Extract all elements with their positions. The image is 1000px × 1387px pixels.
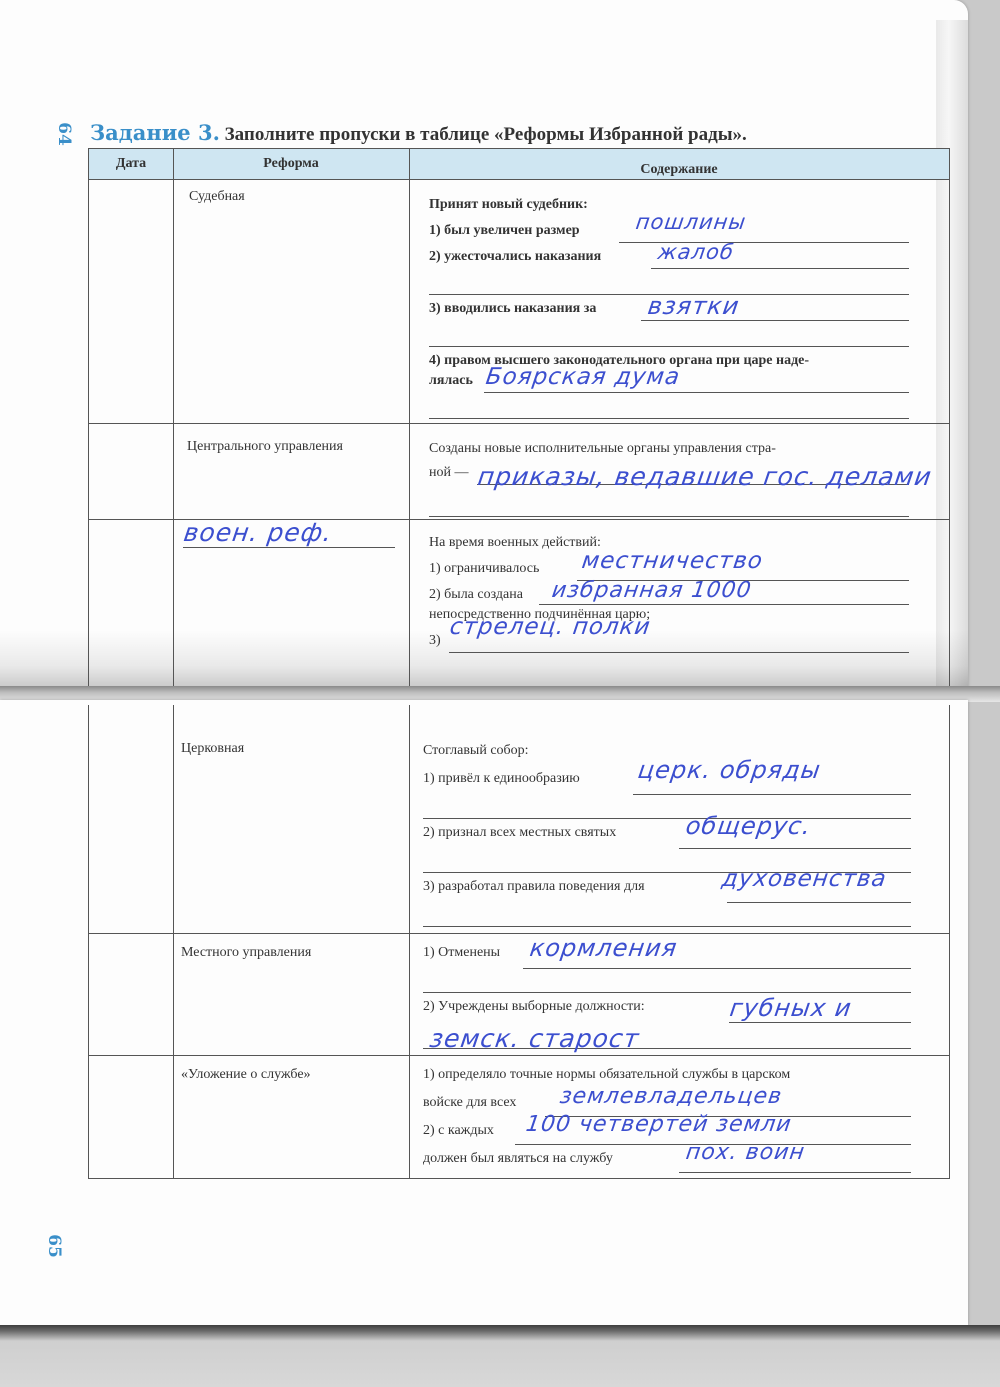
row-divider	[89, 423, 949, 424]
answer-judicial-2: жалоб	[656, 240, 735, 264]
answer-military-1: местничество	[580, 548, 765, 574]
reform-church: Церковная	[181, 741, 244, 757]
column-divider	[409, 149, 410, 689]
answer-military-reform: воен. реф.	[182, 518, 334, 547]
answer-local-2b: земск. старост	[428, 1024, 641, 1053]
answer-church-2: общерус.	[684, 812, 813, 840]
answer-church-1: церк. обряды	[636, 756, 823, 784]
answer-judicial-4: Боярская дума	[484, 364, 682, 390]
answer-judicial-1: пошлины	[634, 210, 748, 234]
central-line-1: Созданы новые исполнительные органы упра…	[429, 439, 929, 463]
answer-service-1: землевладельцев	[558, 1084, 784, 1109]
column-divider	[173, 705, 174, 1178]
military-reform-fill-line	[183, 547, 395, 548]
reform-local: Местного управления	[181, 945, 311, 961]
row-divider	[89, 933, 949, 934]
task-label: Задание 3.	[90, 120, 220, 145]
answer-central: приказы, ведавшие гос. делами	[476, 462, 934, 491]
service-item-2-cont: должен был являться на службу	[423, 1149, 923, 1177]
table-header: Дата Реформа Содержание	[89, 149, 949, 180]
answer-military-2: избранная 1000	[550, 578, 753, 603]
header-reform: Реформа	[173, 149, 409, 179]
task-instruction: Заполните пропуски в таблице «Реформы Из…	[225, 124, 747, 145]
answer-church-3: духовенства	[720, 866, 888, 892]
answer-local-2a: губных и	[728, 994, 854, 1022]
header-content: Содержание	[409, 155, 949, 185]
row-divider	[89, 1055, 949, 1056]
answer-local-1: кормления	[528, 934, 679, 962]
task-title: Задание 3. Заполните пропуски в таблице …	[90, 120, 747, 146]
answer-military-3: стрелец. полки	[448, 614, 652, 640]
page-number-64: 64	[54, 122, 74, 146]
answer-service-2: 100 четвертей земли	[524, 1112, 793, 1137]
column-divider	[173, 149, 174, 689]
header-date: Дата	[89, 149, 173, 179]
church-item-2: 2) признал всех местных святых	[423, 823, 923, 853]
reforms-table-top: Дата Реформа Содержание Судебная Принят …	[88, 148, 950, 689]
page-number-65: 65	[44, 1234, 64, 1258]
column-divider	[409, 705, 410, 1178]
scanner-background	[0, 1325, 1000, 1387]
reform-judicial: Судебная	[189, 189, 245, 205]
answer-service-3: пох. воин	[684, 1140, 806, 1165]
reform-central: Центрального управления	[187, 439, 343, 455]
answer-judicial-3: взятки	[646, 292, 741, 320]
reform-service: «Уложение о службе»	[181, 1067, 311, 1083]
reforms-table-bottom: Церковная Стоглавый собор: 1) привёл к е…	[88, 705, 950, 1179]
